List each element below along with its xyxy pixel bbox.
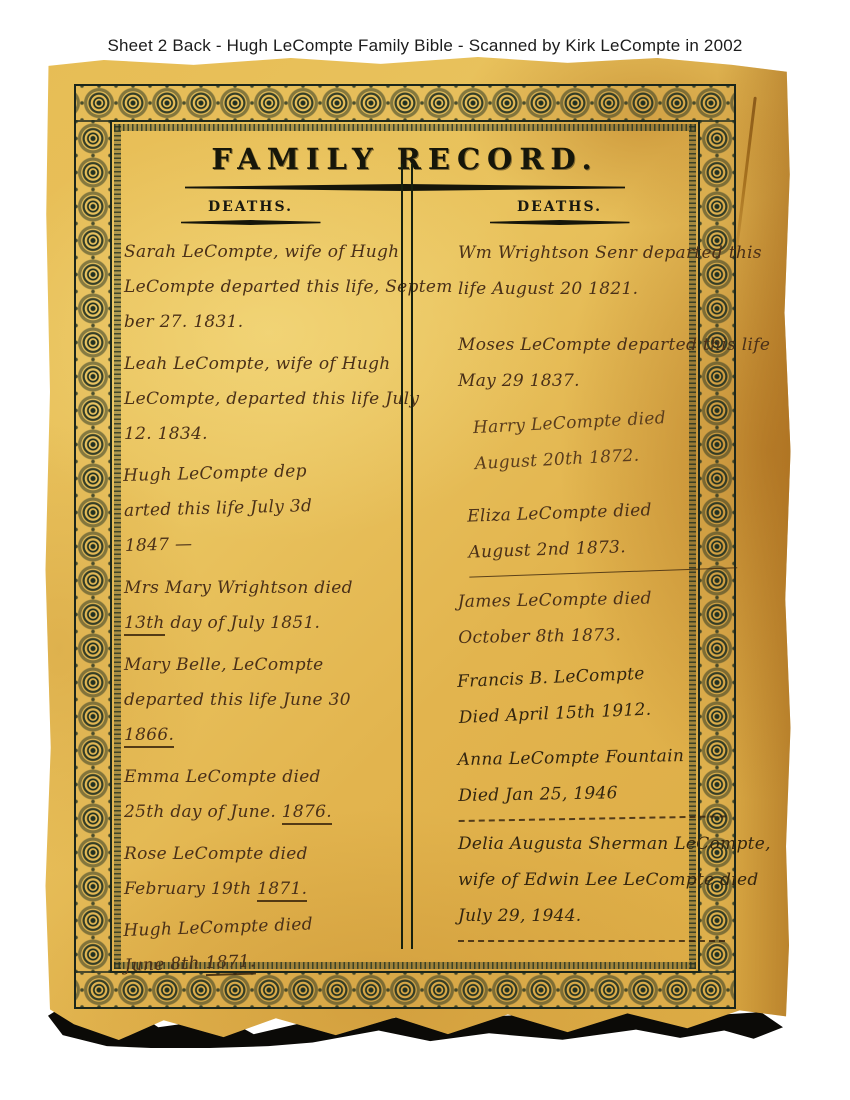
death-record-entry: Anna LeCompte FountainDied Jan 25, 1946 (457, 737, 736, 822)
handwritten-line: Delia Augusta Sherman LeCompte, (458, 826, 736, 862)
deaths-rule-left (181, 220, 321, 225)
deaths-label-left: DEATHS. (124, 199, 377, 215)
scan-caption: Sheet 2 Back - Hugh LeCompte Family Bibl… (0, 36, 850, 56)
handwritten-line: February 19th 1871. (124, 872, 402, 907)
handwritten-line: Mary Belle, LeCompte (124, 648, 402, 683)
underlined-year: 13th (124, 613, 165, 636)
handwritten-line: Sarah LeCompte, wife of Hugh (124, 235, 402, 270)
handwritten-line: Moses LeCompte departed this life (458, 327, 736, 363)
death-record-entry: Hugh LeCompte diedJune 8th 1871. (123, 904, 403, 984)
handwritten-line: Wm Wrightson Senr departed this (458, 235, 736, 271)
death-record-entry: Emma LeCompte died25th day of June. 1876… (124, 760, 402, 830)
ink-divider-line (459, 815, 726, 822)
handwritten-line: James LeCompte died (457, 579, 736, 620)
deaths-column-right: Wm Wrightson Senr departed thislife Augu… (458, 235, 736, 991)
ornate-border-frame: FAMILY RECORD. DEATHS. DEATHS. Sarah LeC… (74, 84, 736, 1009)
handwritten-line: Rose LeCompte died (124, 837, 402, 872)
handwritten-line: Died Jan 25, 1946 (458, 773, 737, 814)
death-record-entry: Mrs Mary Wrightson died13th day of July … (124, 571, 402, 641)
border-band-top (76, 86, 734, 122)
underlined-year: 1876. (282, 802, 332, 825)
death-record-entry: Moses LeCompte departed this lifeMay 29 … (458, 327, 736, 399)
handwritten-line: Mrs Mary Wrightson died (124, 571, 402, 606)
handwritten-line: Leah LeCompte, wife of Hugh (124, 347, 402, 382)
deaths-label-right: DEATHS. (433, 199, 686, 215)
deaths-column-left: Sarah LeCompte, wife of HughLeCompte dep… (124, 235, 402, 991)
death-record-entry: Eliza LeCompte diedAugust 2nd 1873. (457, 489, 738, 578)
underlined-year: 1866. (124, 725, 174, 748)
scanned-page: Sheet 2 Back - Hugh LeCompte Family Bibl… (0, 0, 850, 1100)
inner-chain-border-left (114, 124, 121, 969)
handwritten-line: ber 27. 1831. (124, 305, 402, 340)
border-band-left (76, 120, 112, 973)
death-record-entry: Mary Belle, LeComptedeparted this life J… (124, 648, 402, 753)
left-column-header: DEATHS. (124, 199, 377, 225)
underlined-year: 1871. (257, 879, 307, 902)
death-record-entry: Hugh LeCompte departed this life July 3d… (123, 452, 404, 564)
handwritten-line: LeCompte, departed this life July (124, 382, 402, 417)
death-record-entry: Francis B. LeCompteDied April 15th 1912. (456, 652, 737, 736)
handwritten-line: 1866. (124, 718, 402, 753)
death-record-entry: Harry LeCompte diedAugust 20th 1872. (456, 396, 737, 482)
death-record-entry: Delia Augusta Sherman LeCompte,wife of E… (458, 826, 736, 942)
handwritten-line: 25th day of June. 1876. (124, 795, 402, 830)
handwritten-line: 12. 1834. (124, 417, 402, 452)
death-record-entry: Rose LeCompte diedFebruary 19th 1871. (124, 837, 402, 907)
handwritten-line: Anna LeCompte Fountain (457, 737, 736, 778)
ink-divider-line (458, 940, 725, 942)
death-record-entry: Sarah LeCompte, wife of HughLeCompte dep… (124, 235, 402, 340)
handwritten-line: wife of Edwin Lee LeCompte died (458, 862, 736, 898)
handwritten-line: October 8th 1873. (458, 615, 737, 656)
underlined-year: 1871. (205, 951, 256, 976)
handwritten-line: LeCompte departed this life, Septem (124, 270, 402, 305)
handwritten-line: Emma LeCompte died (124, 760, 402, 795)
record-content: FAMILY RECORD. DEATHS. DEATHS. Sarah LeC… (124, 130, 686, 963)
right-column-header: DEATHS. (433, 199, 686, 225)
handwritten-line: departed this life June 30 (124, 683, 402, 718)
handwritten-line: 1847 — (124, 522, 403, 564)
deaths-rule-right (490, 220, 630, 225)
death-record-entry: Wm Wrightson Senr departed thislife Augu… (458, 235, 736, 307)
death-record-entry: James LeCompte diedOctober 8th 1873. (457, 579, 736, 656)
handwritten-line: July 29, 1944. (458, 898, 736, 934)
handwritten-line: life August 20 1821. (458, 271, 736, 307)
handwritten-line: 13th day of July 1851. (124, 606, 402, 641)
death-record-entry: Leah LeCompte, wife of HughLeCompte, dep… (124, 347, 402, 452)
bible-page-paper: FAMILY RECORD. DEATHS. DEATHS. Sarah LeC… (44, 56, 792, 1044)
handwritten-line: May 29 1837. (458, 363, 736, 399)
